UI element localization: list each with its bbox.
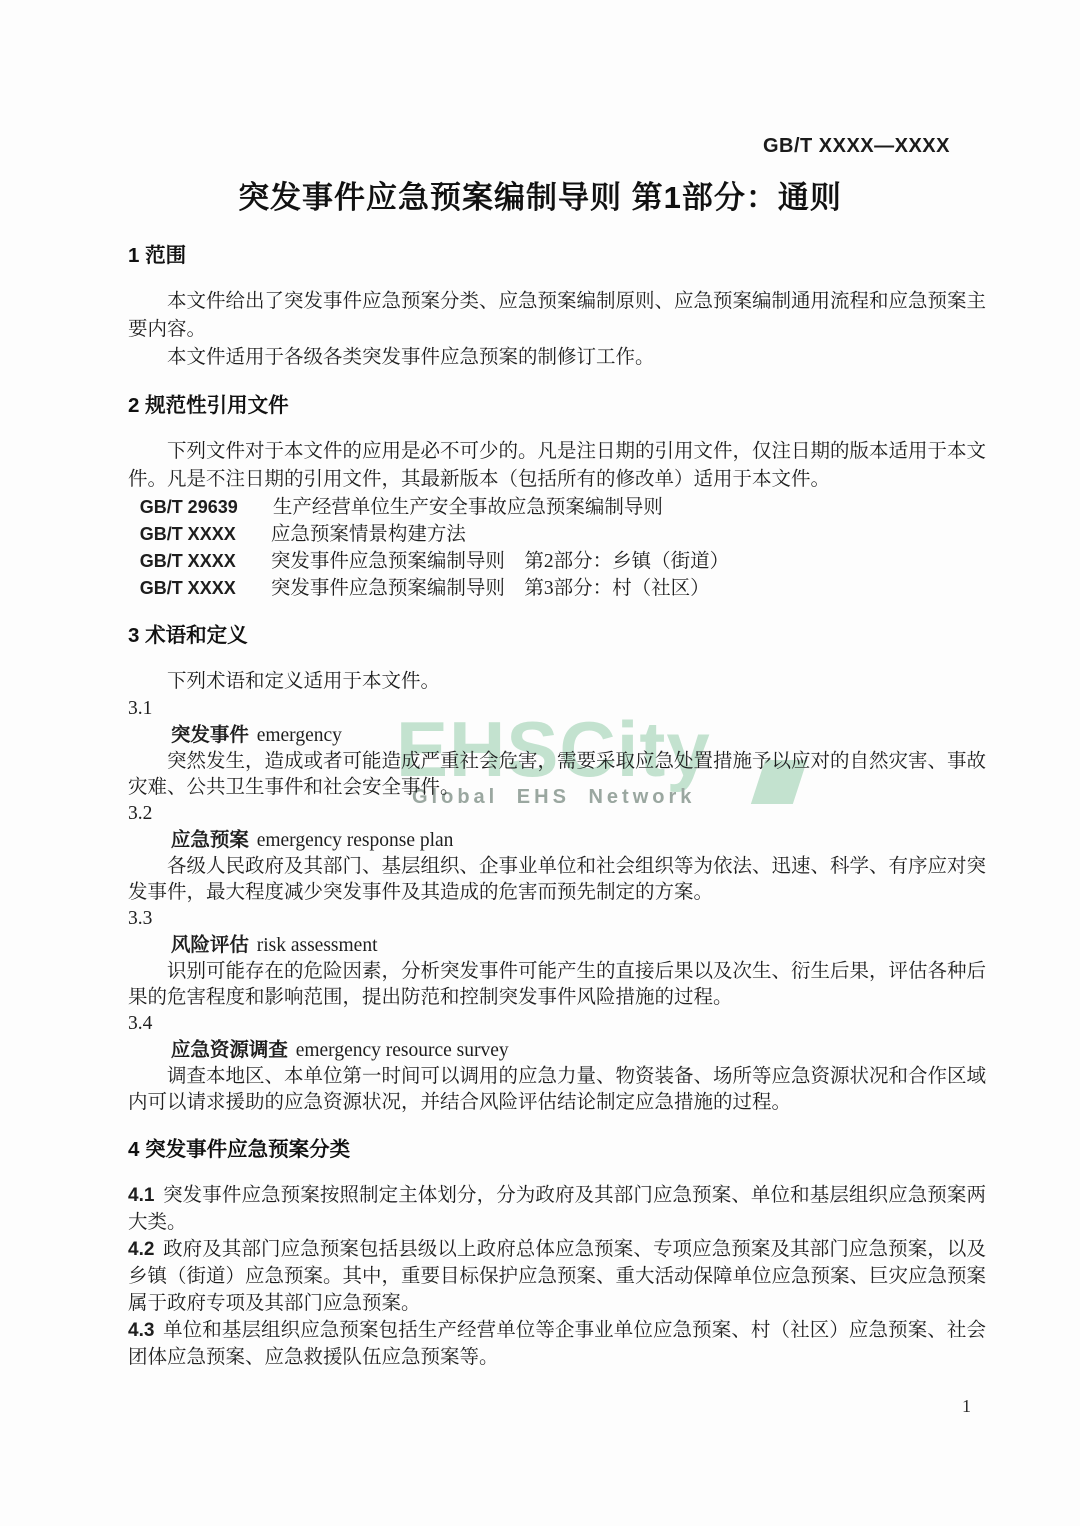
term-en: emergency resource survey (296, 1040, 509, 1061)
reference-item: GB/T 29639生产经营单位生产安全事故应急预案编制导则 (128, 494, 986, 521)
standard-code: GB/T XXXX—XXXX (763, 135, 950, 158)
term-title: 应急预案emergency response plan (128, 827, 986, 854)
reference-title: 生产经营单位生产安全事故应急预案编制导则 (273, 497, 663, 518)
clause-number: 4.3 (128, 1320, 154, 1341)
term-title: 突发事件emergency (128, 722, 986, 749)
page-title: 突发事件应急预案编制导则 第1部分：通则 (0, 172, 1080, 217)
paragraph-normative-refs: 下列文件对于本文件的应用是必不可少的。凡是注日期的引用文件，仅注日期的版本适用于… (128, 438, 986, 494)
reference-code: GB/T XXXX (140, 551, 236, 571)
page-number: 1 (962, 1396, 971, 1417)
term-number: 3.3 (128, 906, 986, 932)
reference-title: 突发事件应急预案编制导则 第2部分：乡镇（街道） (271, 551, 729, 572)
term-definition: 各级人民政府及其部门、基层组织、企事业单位和社会组织等为依法、迅速、科学、有序应… (128, 854, 986, 906)
clause: 4.2政府及其部门应急预案包括县级以上政府总体应急预案、专项应急预案及其部门应急… (128, 1236, 986, 1317)
term-zh: 突发事件 (171, 724, 249, 746)
paragraph-scope-1: 本文件给出了突发事件应急预案分类、应急预案编制原则、应急预案编制通用流程和应急预… (128, 288, 986, 344)
term-zh: 应急预案 (171, 829, 249, 851)
document-page: GB/T XXXX—XXXX 突发事件应急预案编制导则 第1部分：通则 EHSC… (0, 0, 1080, 1526)
reference-item: GB/T XXXX应急预案情景构建方法 (128, 521, 986, 548)
reference-title: 应急预案情景构建方法 (271, 524, 466, 545)
section-1-heading: 1 范围 (128, 238, 986, 268)
clause-text: 政府及其部门应急预案包括县级以上政府总体应急预案、专项应急预案及其部门应急预案，… (128, 1239, 986, 1314)
term-definition: 识别可能存在的危险因素，分析突发事件可能产生的直接后果以及次生、衍生后果，评估各… (128, 959, 986, 1011)
term-number: 3.4 (128, 1011, 986, 1037)
term-definition: 调查本地区、本单位第一时间可以调用的应急力量、物资装备、场所等应急资源状况和合作… (128, 1064, 986, 1116)
terms-intro: 下列术语和定义适用于本文件。 (128, 668, 986, 696)
section-3-heading: 3 术语和定义 (128, 618, 986, 648)
clause-number: 4.2 (128, 1239, 154, 1260)
document-body: 1 范围 本文件给出了突发事件应急预案分类、应急预案编制原则、应急预案编制通用流… (128, 238, 986, 1371)
reference-item: GB/T XXXX突发事件应急预案编制导则 第3部分：村（社区） (128, 575, 986, 602)
clause: 4.1突发事件应急预案按照制定主体划分，分为政府及其部门应急预案、单位和基层组织… (128, 1182, 986, 1236)
term-zh: 应急资源调查 (171, 1039, 288, 1061)
term-number: 3.2 (128, 801, 986, 827)
clause-text: 单位和基层组织应急预案包括生产经营单位等企事业单位应急预案、村（社区）应急预案、… (128, 1320, 986, 1368)
section-4-heading: 4 突发事件应急预案分类 (128, 1132, 986, 1162)
reference-code: GB/T XXXX (140, 524, 236, 544)
clause-number: 4.1 (128, 1185, 154, 1206)
reference-title: 突发事件应急预案编制导则 第3部分：村（社区） (271, 578, 710, 599)
term-zh: 风险评估 (171, 934, 249, 956)
term-en: emergency (257, 725, 342, 746)
reference-item: GB/T XXXX突发事件应急预案编制导则 第2部分：乡镇（街道） (128, 548, 986, 575)
term-title: 应急资源调查emergency resource survey (128, 1037, 986, 1064)
section-2-heading: 2 规范性引用文件 (128, 388, 986, 418)
clause: 4.3单位和基层组织应急预案包括生产经营单位等企事业单位应急预案、村（社区）应急… (128, 1317, 986, 1371)
term-en: emergency response plan (257, 830, 454, 851)
term-number: 3.1 (128, 696, 986, 722)
reference-code: GB/T 29639 (140, 497, 238, 517)
clause-text: 突发事件应急预案按照制定主体划分，分为政府及其部门应急预案、单位和基层组织应急预… (128, 1185, 986, 1233)
term-title: 风险评估risk assessment (128, 932, 986, 959)
paragraph-scope-2: 本文件适用于各级各类突发事件应急预案的制修订工作。 (128, 344, 986, 372)
term-definition: 突然发生，造成或者可能造成严重社会危害，需要采取应急处置措施予以应对的自然灾害、… (128, 749, 986, 801)
term-en: risk assessment (257, 935, 378, 956)
reference-code: GB/T XXXX (140, 578, 236, 598)
